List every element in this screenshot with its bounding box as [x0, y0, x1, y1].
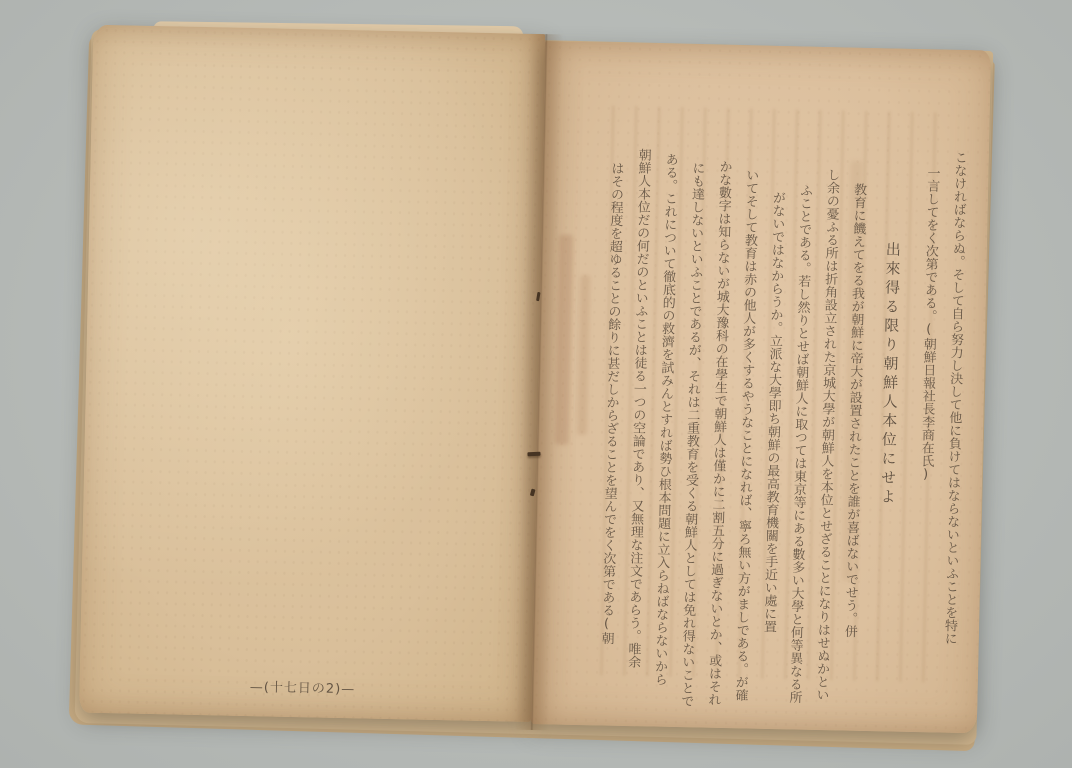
staple [527, 452, 540, 457]
left-page [79, 25, 545, 722]
open-booklet: こなければならぬ。そして自ら努力し決して他に負けてはならないといふことを特に 一… [79, 25, 991, 740]
article-heading: 出來得る限り朝鮮人本位にせよ [868, 145, 910, 730]
manuscript-text-block: こなければならぬ。そして自ら努力し決して他に負けてはならないといふことを特に 一… [591, 139, 973, 731]
